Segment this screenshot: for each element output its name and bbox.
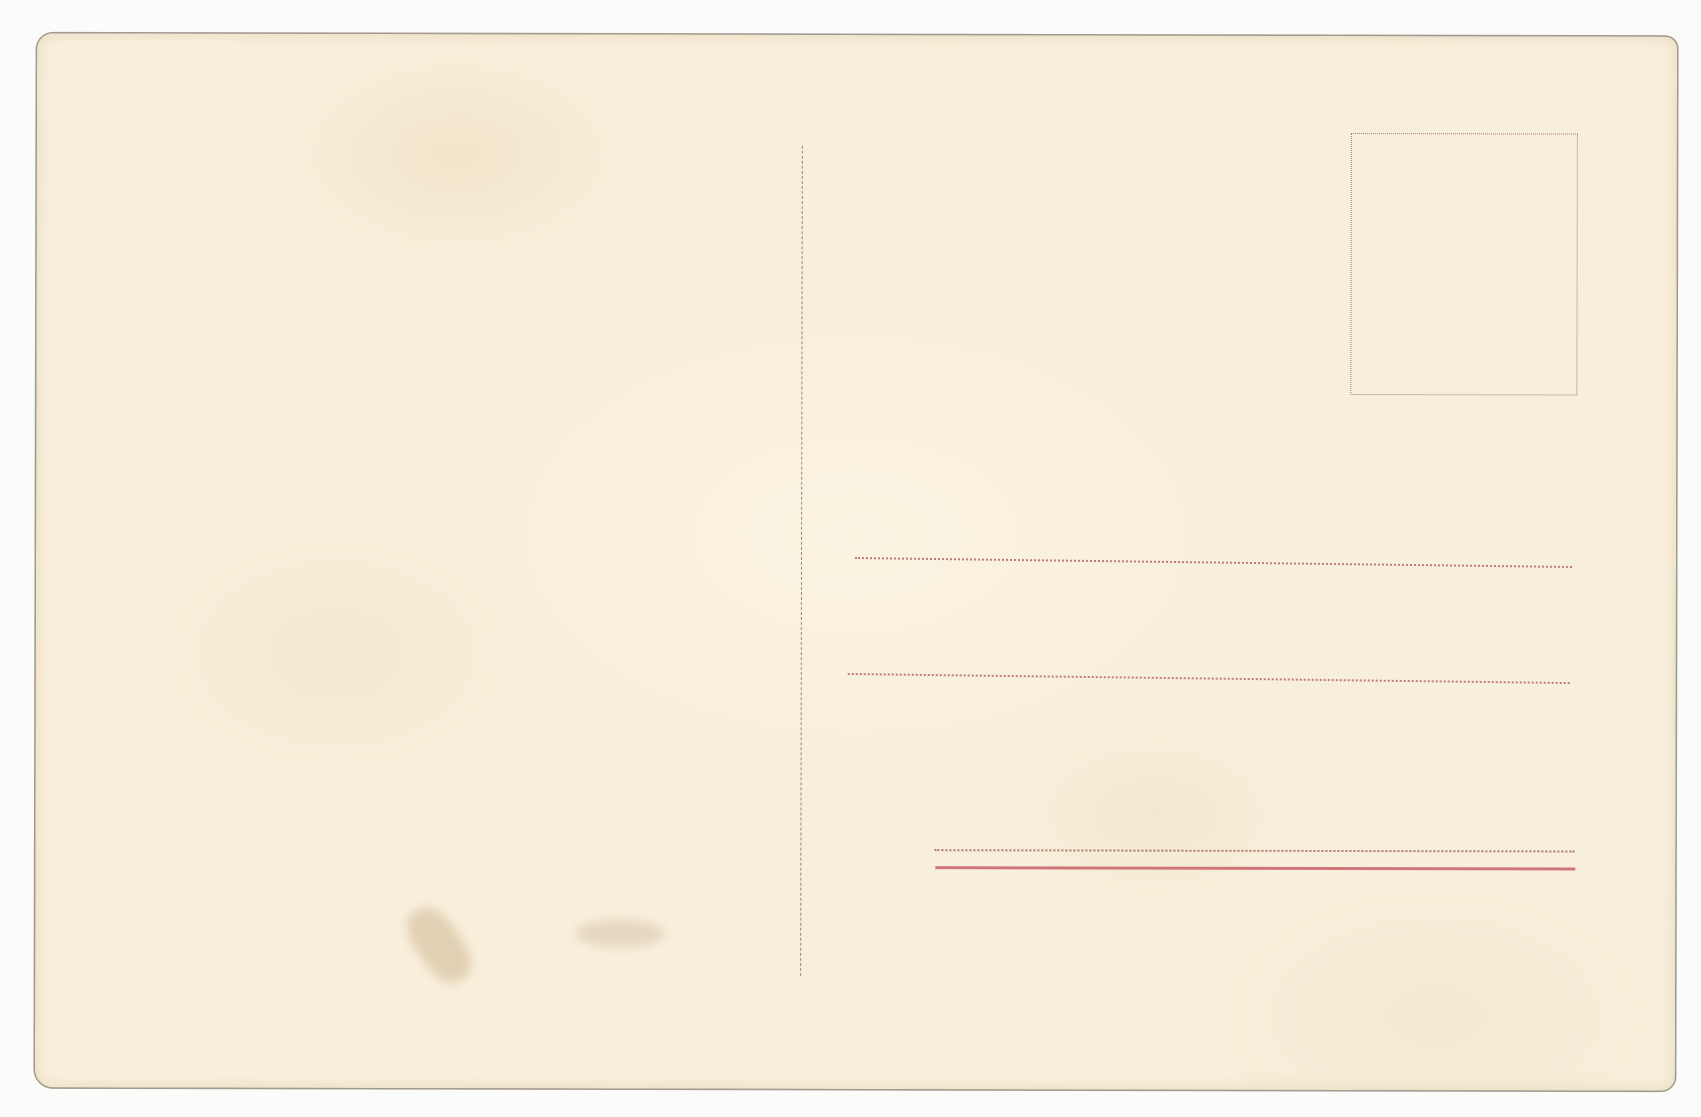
address-line-1 (855, 557, 1572, 568)
postcard-back (35, 33, 1677, 1090)
stamp-placeholder-box (1350, 133, 1578, 395)
address-line-underline (935, 866, 1575, 870)
center-divider-line (800, 146, 803, 976)
stain (575, 919, 665, 947)
address-line-3 (934, 849, 1574, 852)
stain (398, 899, 481, 991)
address-line-2 (848, 673, 1570, 684)
